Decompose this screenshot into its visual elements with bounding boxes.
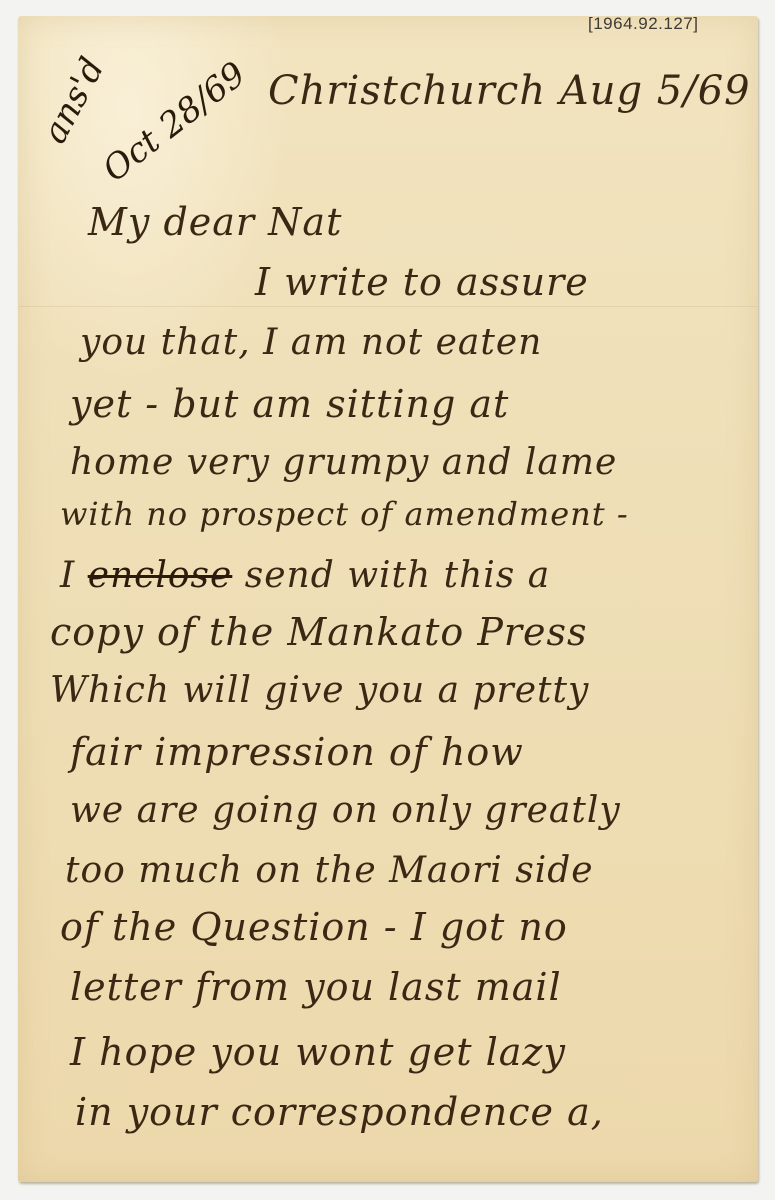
letter-line-6: I enclose send with this a (60, 555, 550, 596)
letter-line-5: with no prospect of amendment - (60, 495, 629, 533)
paper-fold-line (18, 306, 758, 307)
letter-line-13: letter from you last mail (70, 965, 562, 1009)
letter-line-3: yet - but am sitting at (70, 382, 509, 426)
letter-place-date: Christchurch Aug 5/69 (268, 68, 751, 114)
letter-salutation: My dear Nat (88, 200, 342, 244)
letter-line-2: you that, I am not eaten (80, 322, 542, 363)
letter-line-11: too much on the Maori side (65, 850, 594, 891)
letter-line-8: Which will give you a pretty (50, 670, 589, 711)
line-start-I: I (60, 555, 75, 596)
struck-out-word: enclose (88, 555, 233, 596)
letter-line-12: of the Question - I got no (60, 905, 568, 949)
letter-line-4: home very grumpy and lame (70, 442, 617, 483)
letter-line-10: we are going on only greatly (70, 790, 621, 831)
letter-line-15: in your correspondence a, (75, 1090, 604, 1134)
letter-line-6-text: send with this a (245, 555, 550, 596)
letter-line-1: I write to assure (255, 260, 589, 304)
letter-line-14: I hope you wont get lazy (70, 1030, 566, 1074)
letter-line-7: copy of the Mankato Press (50, 610, 588, 654)
letter-line-9: fair impression of how (70, 730, 524, 774)
accession-number: [1964.92.127] (588, 14, 698, 34)
